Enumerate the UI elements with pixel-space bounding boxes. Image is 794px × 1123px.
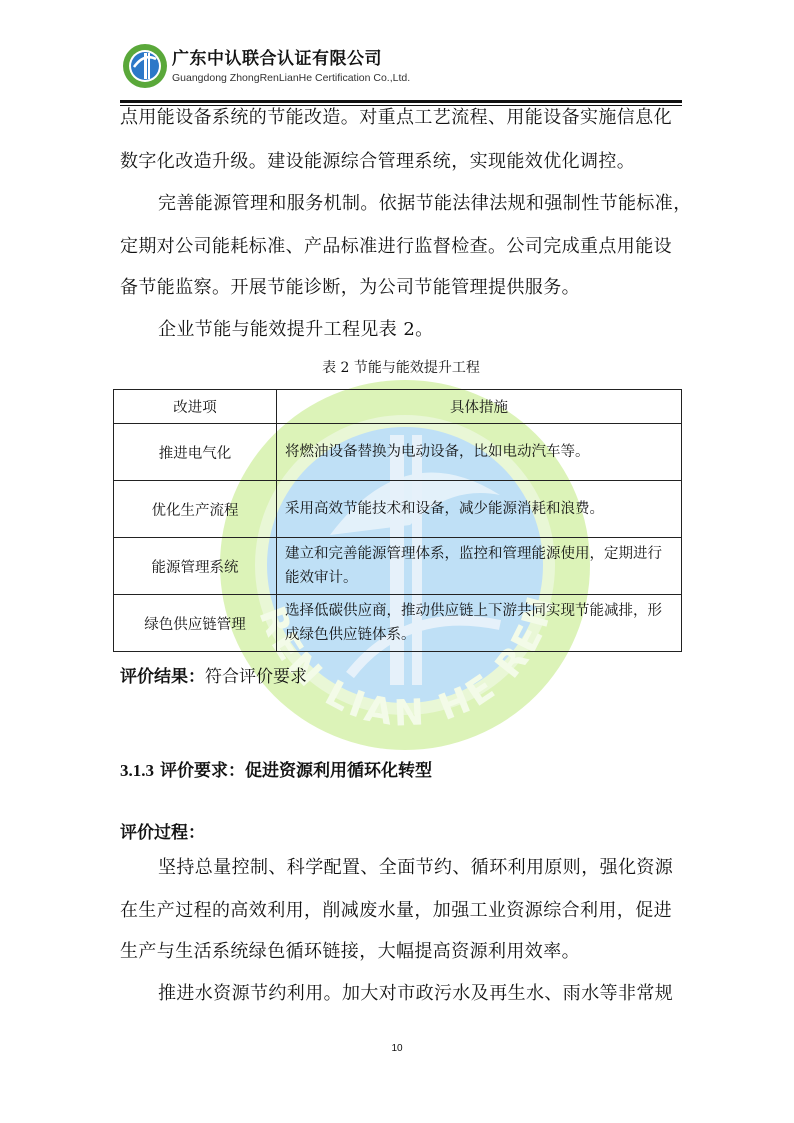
evaluation-result: 评价结果：符合评价要求: [120, 662, 307, 687]
energy-efficiency-table: 改进项 具体措施 推进电气化 将燃油设备替换为电动设备，比如电动汽车等。 优化生…: [113, 389, 682, 652]
body-line: 在生产过程的高效利用，削减废水量，加强工业资源综合利用，促进: [120, 899, 682, 923]
table-cell-item: 优化生产流程: [114, 481, 277, 538]
column-header: 具体措施: [277, 390, 682, 424]
body-line: 定期对公司能耗标准、产品标准进行监督检查。公司完成重点用能设: [120, 235, 682, 259]
table-cell-measure: 建立和完善能源管理体系，监控和管理能源使用，定期进行能效审计。: [277, 538, 682, 595]
company-name-cn: 广东中认联合认证有限公司: [172, 44, 382, 69]
section-heading: 3.1.3评价要求：促进资源利用循环化转型: [120, 756, 432, 781]
section-number: 3.1.3: [120, 761, 154, 780]
table-row: 优化生产流程 采用高效节能技术和设备，减少能源消耗和浪费。: [114, 481, 682, 538]
body-line: 备节能监察。开展节能诊断，为公司节能管理提供服务。: [120, 276, 682, 300]
evaluation-result-value: 符合评价要求: [205, 667, 307, 687]
table-row: 能源管理系统 建立和完善能源管理体系，监控和管理能源使用，定期进行能效审计。: [114, 538, 682, 595]
evaluation-result-label: 评价结果：: [120, 667, 205, 687]
body-line: 企业节能与能效提升工程见表 2。: [120, 318, 682, 342]
table-cell-measure: 采用高效节能技术和设备，减少能源消耗和浪费。: [277, 481, 682, 538]
body-line: 完善能源管理和服务机制。依据节能法律法规和强制性节能标准，: [120, 192, 682, 216]
column-header: 改进项: [114, 390, 277, 424]
header-rule-thick: [120, 100, 682, 103]
body-line: 数字化改造升级。建设能源综合管理系统，实现能效优化调控。: [120, 150, 682, 174]
company-logo-icon: [122, 43, 168, 89]
body-line: 推进水资源节约利用。加大对市政污水及再生水、雨水等非常规: [120, 982, 682, 1006]
body-line: 点用能设备系统的节能改造。对重点工艺流程、用能设备实施信息化: [120, 106, 682, 130]
table-header-row: 改进项 具体措施: [114, 390, 682, 424]
table-row: 推进电气化 将燃油设备替换为电动设备，比如电动汽车等。: [114, 424, 682, 481]
page-header: 广东中认联合认证有限公司 Guangdong ZhongRenLianHe Ce…: [120, 40, 680, 96]
company-name-en: Guangdong ZhongRenLianHe Certification C…: [172, 72, 410, 84]
section-title: 评价要求：促进资源利用循环化转型: [160, 761, 432, 781]
table-caption: 表 2 节能与能效提升工程: [120, 357, 682, 377]
table-row: 绿色供应链管理 选择低碳供应商，推动供应链上下游共同实现节能减排，形成绿色供应链…: [114, 595, 682, 652]
page-number: 10: [0, 1043, 794, 1054]
table-cell-measure: 选择低碳供应商，推动供应链上下游共同实现节能减排，形成绿色供应链体系。: [277, 595, 682, 652]
table-cell-measure: 将燃油设备替换为电动设备，比如电动汽车等。: [277, 424, 682, 481]
evaluation-process-label: 评价过程：: [120, 818, 205, 843]
table-cell-item: 绿色供应链管理: [114, 595, 277, 652]
body-line: 生产与生活系统绿色循环链接，大幅提高资源利用效率。: [120, 940, 682, 964]
body-line: 坚持总量控制、科学配置、全面节约、循环利用原则，强化资源: [120, 856, 682, 880]
table-cell-item: 推进电气化: [114, 424, 277, 481]
table-cell-item: 能源管理系统: [114, 538, 277, 595]
